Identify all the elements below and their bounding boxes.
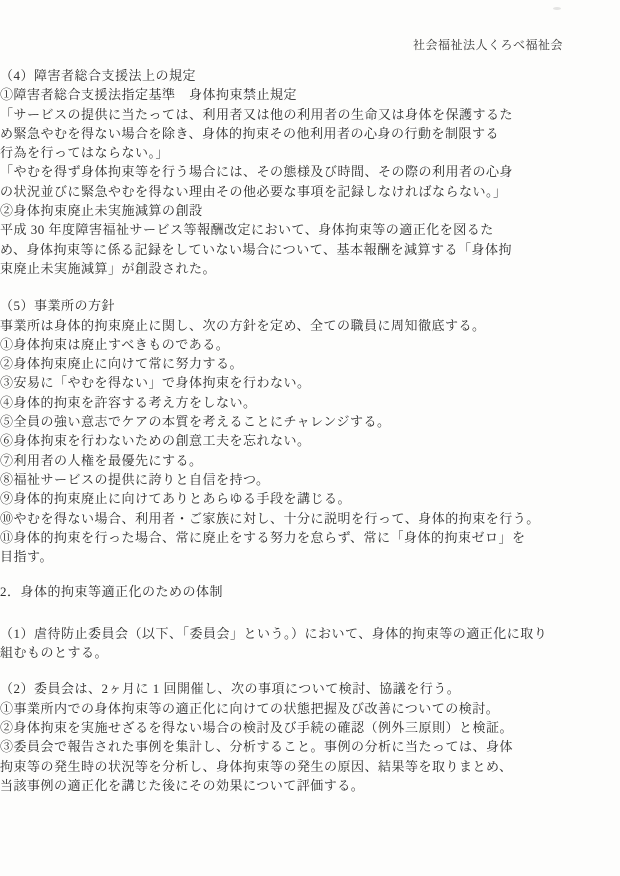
chapter2-item1-line2: 組むものとする。	[0, 643, 620, 662]
chapter2-item2-sub3-cont2: 当該事例の適正化を講じた後にその効果について評価する。	[0, 776, 620, 795]
document-page: 社会福祉法人くろべ福祉会 （4）障害者総合支援法上の規定 ①障害者総合支援法指定…	[0, 0, 620, 876]
policy-item-11: ⑪身体的拘束を行った場合、常に廃止をする努力を怠らず、常に「身体的拘束ゼロ」を	[0, 528, 620, 547]
policy-item-6: ⑥身体拘束を行わないための創意工夫を忘れない。	[0, 431, 620, 450]
sec4-item2-body-line2: め、身体拘束等に係る記録をしていない場合について、基本報酬を減算する「身体拘	[0, 240, 620, 259]
chapter2-item2-sub3-cont1: 拘束等の発生時の状況等を分析し、身体拘束等の発生の原因、結果等を取りまとめ、	[0, 757, 620, 776]
policy-item-5: ⑤全員の強い意志でケアの本質を考えることにチャレンジする。	[0, 412, 620, 431]
sec5-heading: （5）事業所の方針	[0, 296, 620, 315]
chapter2-item1-line1: （1）虐待防止委員会（以下、「委員会」という。）において、身体的拘束等の適正化に…	[0, 624, 620, 643]
policy-item-3: ③安易に「やむを得ない」で身体拘束を行わない。	[0, 373, 620, 392]
sec4-item2-body-line1: 平成 30 年度障害福祉サービス等報酬改定において、身体拘束等の適正化を図るた	[0, 220, 620, 239]
sec4-quote1-line2: め緊急やむを得ない場合を除き、身体的拘束その他利用者の心身の行動を制限する	[0, 124, 620, 143]
chapter2-item2-sub3: ③委員会で報告された事例を集計し、分析すること。事例の分析に当たっては、身体	[0, 737, 620, 756]
policy-item-1: ①身体拘束は廃止すべきものである。	[0, 335, 620, 354]
sec4-quote1-line1: 「サービスの提供に当たっては、利用者又は他の利用者の生命又は身体を保護するた	[0, 105, 620, 124]
sec4-item2-heading: ②身体拘束廃止未実施減算の創設	[0, 201, 620, 220]
policy-item-10: ⑩やむを得ない場合、利用者・ご家族に対し、十分に説明を行って、身体的拘束を行う。	[0, 509, 620, 528]
chapter2-heading: 2．身体的拘束等適正化のための体制	[0, 582, 620, 601]
chapter2-item2-sub2: ②身体拘束を実施せざるを得ない場合の検討及び手続の確認（例外三原則）と検証。	[0, 718, 620, 737]
policy-item-4: ④身体的拘束を許容する考え方をしない。	[0, 393, 620, 412]
chapter2-item2-heading: （2）委員会は、2ヶ月に 1 回開催し、次の事項について検討、協議を行う。	[0, 679, 620, 698]
sec4-heading: （4）障害者総合支援法上の規定	[0, 66, 620, 85]
chapter2-item2-sub1: ①事業所内での身体拘束等の適正化に向けての状態把握及び改善についての検討。	[0, 699, 620, 718]
sec4-item2-body-line3: 束廃止未実施減算」が創設された。	[0, 259, 620, 278]
scan-artifact-mark	[553, 7, 561, 10]
sec4-quote2-line2: の状況並びに緊急やむを得ない理由その他必要な事項を記録しなければならない。」	[0, 182, 620, 201]
sec5-intro: 事業所は身体的拘束廃止に関し、次の方針を定め、全ての職員に周知徹底する。	[0, 316, 620, 335]
org-name: 社会福祉法人くろべ福祉会	[0, 36, 620, 55]
policy-item-9: ⑨身体的拘束廃止に向けてありとあらゆる手段を講じる。	[0, 489, 620, 508]
policy-item-8: ⑧福祉サービスの提供に誇りと自信を持つ。	[0, 470, 620, 489]
sec4-quote1-line3: 行為を行ってはならない。」	[0, 143, 620, 162]
policy-item-11-cont: 目指す。	[0, 547, 620, 566]
sec4-quote2-line1: 「やむを得ず身体拘束等を行う場合には、その態様及び時間、その際の利用者の心身	[0, 162, 620, 181]
policy-item-2: ②身体拘束廃止に向けて常に努力する。	[0, 354, 620, 373]
sec4-item1-heading: ①障害者総合支援法指定基準 身体拘束禁止規定	[0, 85, 620, 104]
policy-item-7: ⑦利用者の人権を最優先にする。	[0, 451, 620, 470]
